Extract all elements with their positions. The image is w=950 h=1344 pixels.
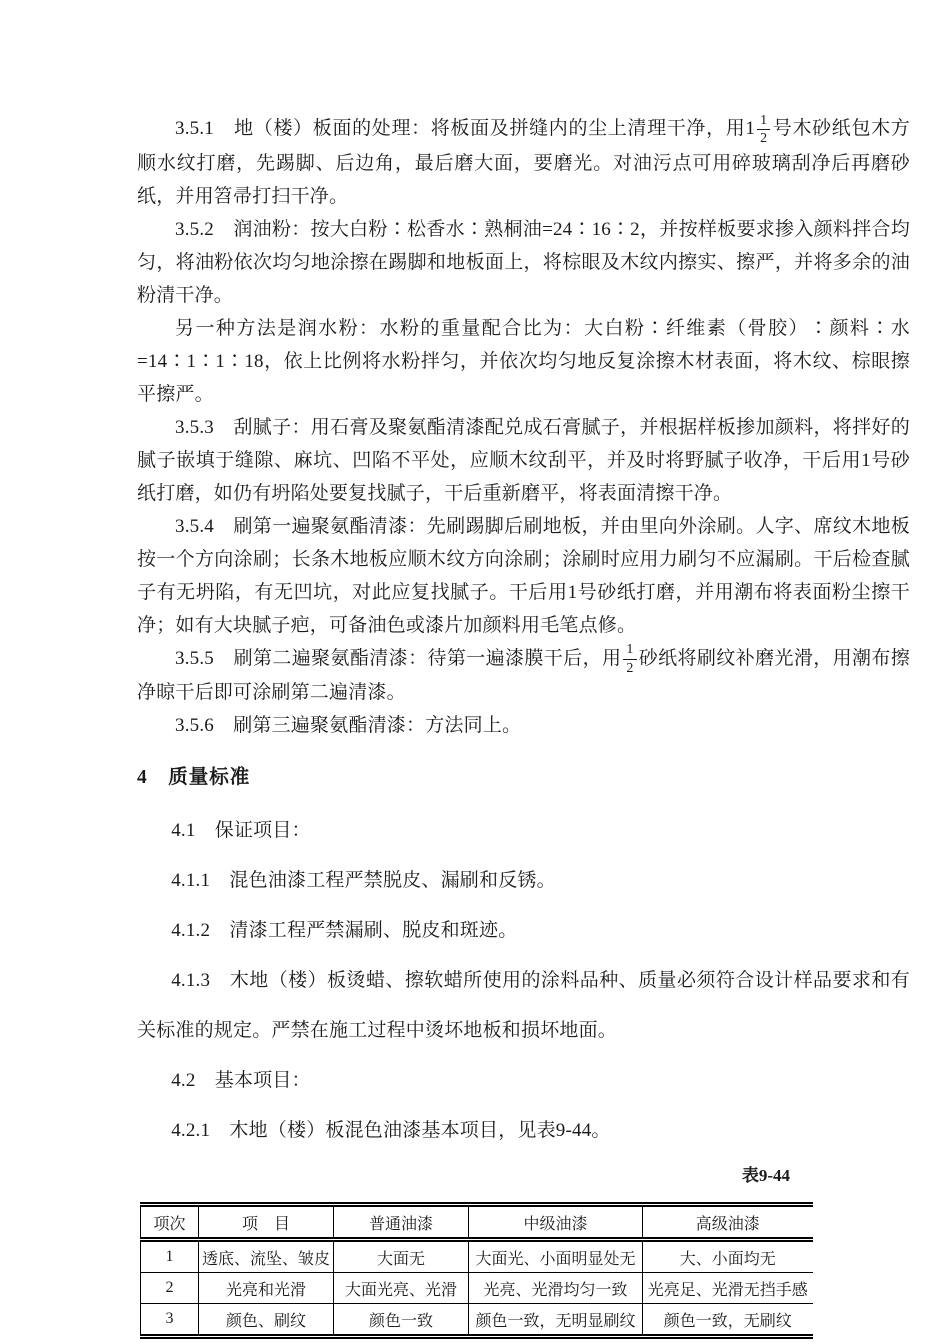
- paragraph-3-5-6: 3.5.6 刷第三遍聚氨酯清漆：方法同上。: [137, 709, 910, 742]
- paragraph-4-2: 4.2 基本项目：: [137, 1056, 910, 1106]
- table-cell: 颜色一致，无明显刷纹: [469, 1304, 643, 1337]
- table-cell: 透底、流坠、皱皮: [199, 1240, 334, 1273]
- fraction-numerator: 1: [757, 113, 770, 130]
- table-cell: 颜色、刷纹: [199, 1304, 334, 1337]
- table-cell: 2: [141, 1273, 199, 1304]
- column-header-item-number: 项次: [141, 1205, 199, 1240]
- paragraph-3-5-3: 3.5.3 刮腻子：用石膏及聚氨酯清漆配兑成石膏腻子，并根据样板掺加颜料，将拌好…: [137, 411, 910, 510]
- table-cell: 3: [141, 1304, 199, 1337]
- table-cell: 1: [141, 1240, 199, 1273]
- column-header-item: 项 目: [199, 1205, 334, 1240]
- paragraph-4-1-1: 4.1.1 混色油漆工程严禁脱皮、漏刷和反锈。: [137, 856, 910, 906]
- paragraph-3-5-4: 3.5.4 刷第一遍聚氨酯清漆：先刷踢脚后刷地板，并由里向外涂刷。人字、席纹木地…: [137, 510, 910, 642]
- column-header-ordinary-paint: 普通油漆: [334, 1205, 469, 1240]
- table-cell: 大、小面均无: [643, 1240, 813, 1273]
- fraction-numerator: 1: [623, 642, 636, 659]
- table-cell: 大面无: [334, 1240, 469, 1273]
- paragraph-3-5-5-text-before: 3.5.5 刷第二遍聚氨酯清漆：待第一遍漆膜干后，用: [175, 648, 621, 669]
- paragraph-water-powder-method: 另一种方法是润水粉：水粉的重量配合比为：大白粉∶纤维素（骨胶）∶颜料∶水=14∶…: [137, 312, 910, 411]
- table-cell: 光亮足、光滑无挡手感: [643, 1273, 813, 1304]
- paragraph-3-5-2: 3.5.2 润油粉：按大白粉∶松香水∶熟桐油=24∶16∶2，并按样板要求掺入颜…: [137, 213, 910, 312]
- table-cell: 光亮、光滑均匀一致: [469, 1273, 643, 1304]
- paragraph-3-5-1-text-before: 3.5.1 地（楼）板面的处理：将板面及拼缝内的尘上清理干净，用1: [175, 118, 755, 139]
- paragraph-3-5-5: 3.5.5 刷第二遍聚氨酯清漆：待第一遍漆膜干后，用12砂纸将刷纹补磨光滑，用潮…: [137, 642, 910, 710]
- document-page: 3.5.1 地（楼）板面的处理：将板面及拼缝内的尘上清理干净，用112号木砂纸包…: [0, 0, 950, 1344]
- quality-standards-table: 项次 项 目 普通油漆 中级油漆 高级油漆 1 透底、流坠、皱皮 大面无 大面光…: [140, 1202, 813, 1339]
- table-row: 3 颜色、刷纹 颜色一致 颜色一致，无明显刷纹 颜色一致，无刷纹: [141, 1304, 813, 1337]
- paragraph-4-1-2: 4.1.2 清漆工程严禁漏刷、脱皮和斑迹。: [137, 906, 910, 956]
- table-cell: 颜色一致，无刷纹: [643, 1304, 813, 1337]
- table-row: 1 透底、流坠、皱皮 大面无 大面光、小面明显处无 大、小面均无: [141, 1240, 813, 1273]
- column-header-high-grade-paint: 高级油漆: [643, 1205, 813, 1240]
- table-cell: 光亮和光滑: [199, 1273, 334, 1304]
- paragraph-3-5-1: 3.5.1 地（楼）板面的处理：将板面及拼缝内的尘上清理干净，用112号木砂纸包…: [137, 112, 910, 213]
- table-cell: 大面光、小面明显处无: [469, 1240, 643, 1273]
- table-cell: 大面光亮、光滑: [334, 1273, 469, 1304]
- paragraph-4-1: 4.1 保证项目：: [137, 806, 910, 856]
- fraction-denominator: 2: [757, 130, 770, 146]
- paragraph-4-2-1: 4.2.1 木地（楼）板混色油漆基本项目，见表9-44。: [137, 1106, 910, 1156]
- table-header-row: 项次 项 目 普通油漆 中级油漆 高级油漆: [141, 1205, 813, 1240]
- section-4-heading: 4 质量标准: [137, 764, 910, 792]
- document-content: 3.5.1 地（楼）板面的处理：将板面及拼缝内的尘上清理干净，用112号木砂纸包…: [0, 0, 950, 1339]
- fraction-one-half: 12: [757, 113, 770, 147]
- fraction-denominator: 2: [623, 660, 636, 676]
- table-row: 2 光亮和光滑 大面光亮、光滑 光亮、光滑均匀一致 光亮足、光滑无挡手感: [141, 1273, 813, 1304]
- fraction-one-half: 12: [623, 642, 636, 676]
- table-cell: 颜色一致: [334, 1304, 469, 1337]
- paragraph-4-1-3: 4.1.3 木地（楼）板烫蜡、擦软蜡所使用的涂料品种、质量必须符合设计样品要求和…: [137, 956, 910, 1056]
- column-header-intermediate-paint: 中级油漆: [469, 1205, 643, 1240]
- table-caption: 表9-44: [137, 1164, 790, 1188]
